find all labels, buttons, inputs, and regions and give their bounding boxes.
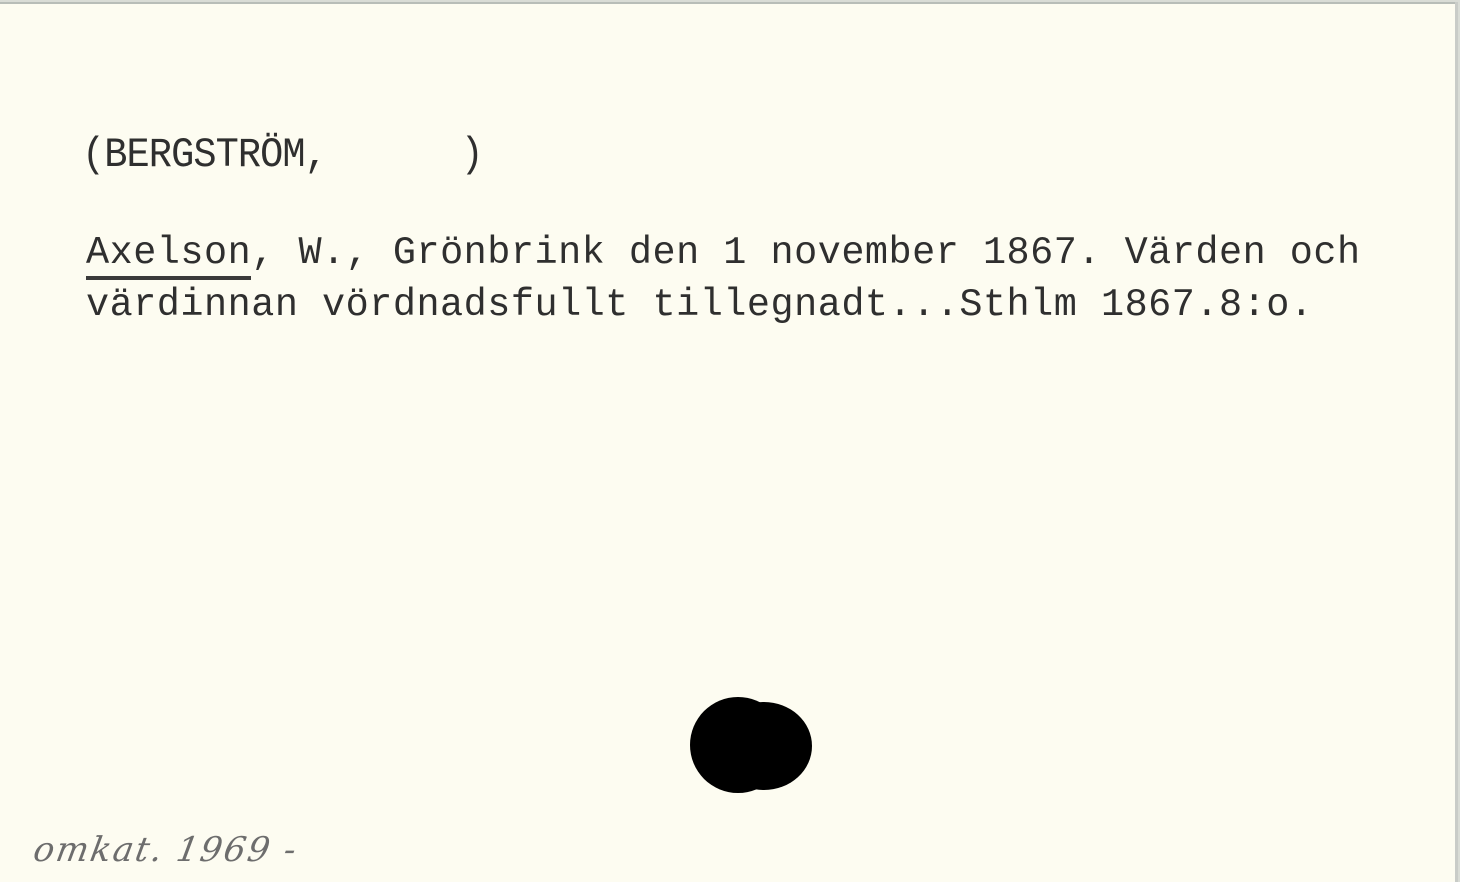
punch-hole-icon [716,702,812,790]
catalog-card: (BERGSTRÖM, ) Axelson, W., Grönbrink den… [0,2,1458,882]
entry-line-2: värdinnan vördnadsfullt tillegnadt...Sth… [86,280,1313,330]
entry-line-1-text: , W., Grönbrink den 1 november 1867. Vär… [251,231,1360,275]
card-heading: (BERGSTRÖM, ) [82,130,483,180]
entry-author: Axelson [86,231,251,280]
handwritten-note: omkat. 1969 - [30,830,301,870]
entry-line-1: Axelson, W., Grönbrink den 1 november 18… [86,228,1361,278]
